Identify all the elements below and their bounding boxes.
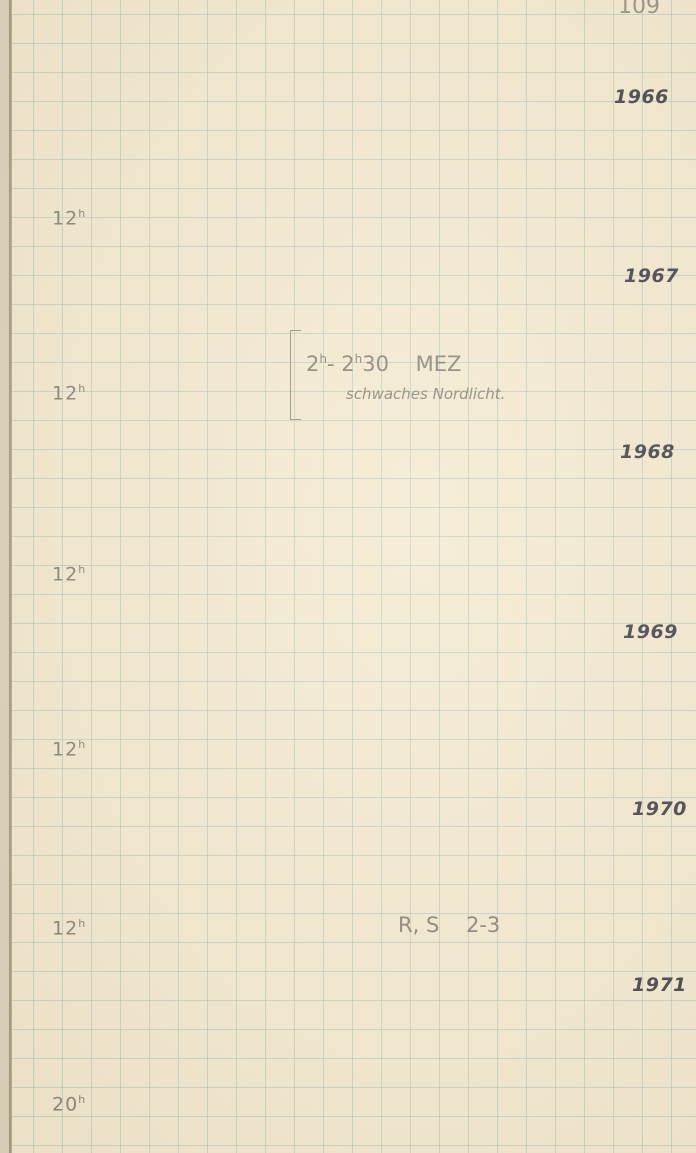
year-label: 1971 — [632, 974, 687, 996]
aurora-time-note: 2h- 2h30 MEZ — [306, 352, 461, 376]
time-entry-1968: 12h — [52, 563, 86, 585]
time-mark: h — [78, 207, 86, 220]
time-value: 12 — [52, 563, 78, 585]
year-label: 1969 — [623, 621, 678, 643]
time-value: 12 — [52, 738, 78, 760]
time-entry-1967: 12h — [52, 382, 86, 404]
time-start: 2 — [306, 352, 319, 376]
time-mark: h — [78, 738, 86, 751]
time-value: 12 — [52, 382, 78, 404]
time-dash: - — [327, 352, 335, 376]
time-end-minutes: 30 — [362, 352, 389, 376]
year-label: 1970 — [632, 798, 687, 820]
aurora-description: schwaches Nordlicht. — [346, 385, 505, 403]
page-number: 109 — [618, 0, 660, 19]
rs-label: R, S — [398, 913, 439, 937]
time-mark: h — [78, 917, 86, 930]
timezone: MEZ — [416, 352, 462, 376]
time-entry-1970: 12h — [52, 917, 86, 939]
year-label: 1967 — [624, 265, 679, 287]
binding-line — [9, 0, 12, 1153]
time-value: 20 — [52, 1093, 78, 1115]
time-value: 12 — [52, 917, 78, 939]
note-bracket — [290, 330, 301, 420]
year-label: 1966 — [614, 86, 669, 108]
notebook-page: 109 12h 12h 12h 12h 12h 20h 1966 1967 19… — [0, 0, 696, 1153]
year-label: 1968 — [620, 441, 675, 463]
time-mark: h — [78, 1093, 86, 1106]
time-mark: h — [78, 563, 86, 576]
time-value: 12 — [52, 207, 78, 229]
rs-note: R, S 2-3 — [398, 913, 500, 937]
time-mark: h — [78, 382, 86, 395]
time-end: 2 — [341, 352, 354, 376]
time-entry-1969: 12h — [52, 738, 86, 760]
time-entry-1966: 12h — [52, 207, 86, 229]
rs-value: 2-3 — [466, 913, 500, 937]
time-entry-1971: 20h — [52, 1093, 86, 1115]
time-start-unit: h — [319, 352, 327, 366]
page-edge — [0, 0, 9, 1153]
